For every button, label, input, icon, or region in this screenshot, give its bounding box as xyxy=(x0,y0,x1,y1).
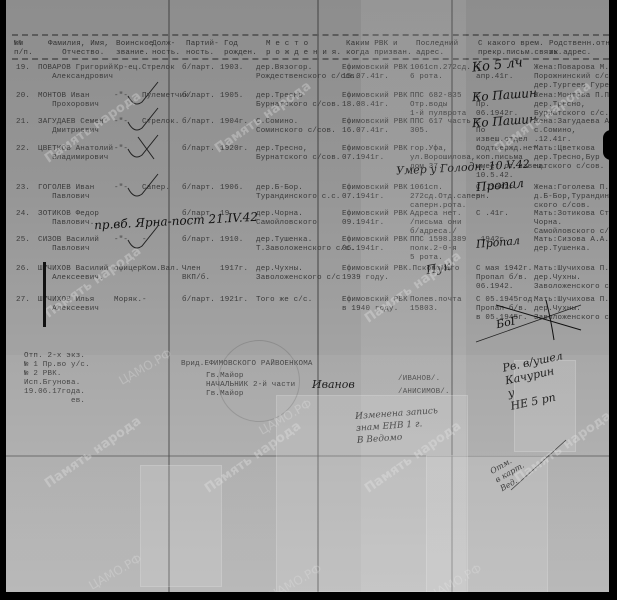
document-page: №№ п/п. Фамилия, Имя, Отчество. Воинское… xyxy=(6,0,609,592)
ink-mark xyxy=(43,262,46,327)
scan-border xyxy=(609,0,617,600)
scan-border xyxy=(0,592,617,600)
scan-border xyxy=(0,0,6,600)
